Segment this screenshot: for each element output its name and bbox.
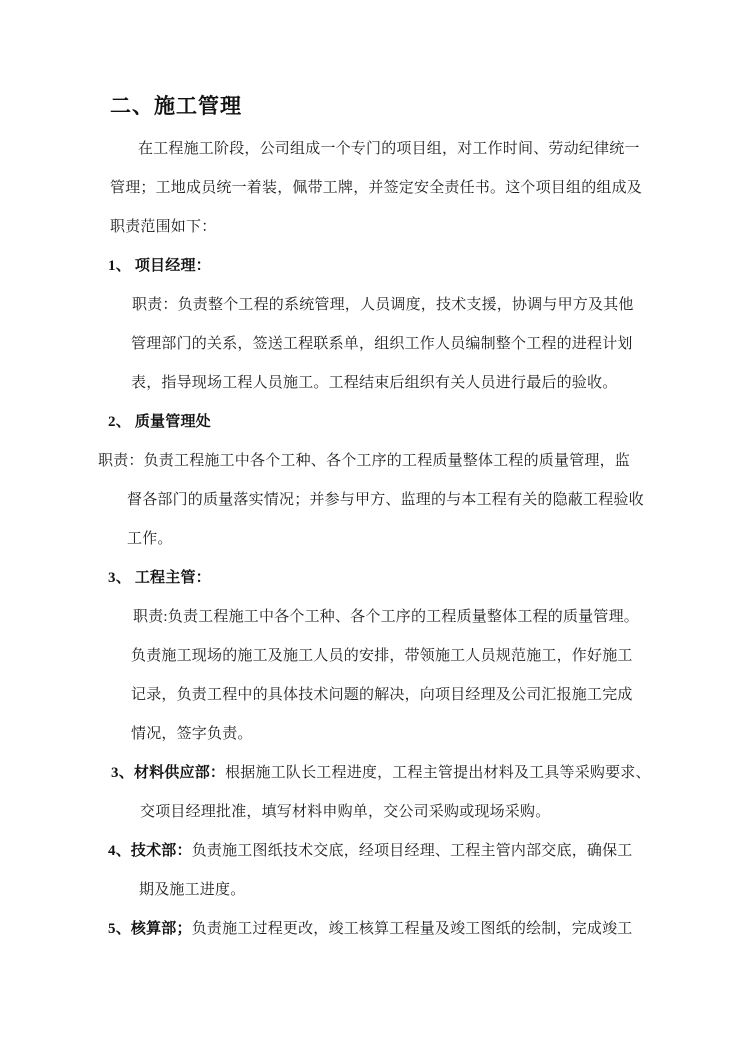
document-page: 二、施工管理 在工程施工阶段，公司组成一个专门的项目组，对工作时间、劳动纪律统一…: [0, 0, 744, 1052]
item-1-project-manager-line: 管理部门的关系，签送工程联系单，组织工作人员编制整个工程的进程计划: [0, 325, 744, 364]
text-segment: 期及施工进度。: [139, 882, 245, 898]
item-3-engineering-supervisor-line: 职责:负责工程施工中各个工种、各个工序的工程质量整体工程的质量管理。: [0, 598, 744, 637]
text-segment: 负责施工图纸技术交底，经项目经理、工程主管内部交底，确保工: [192, 843, 633, 859]
text-lines: 在工程施工阶段，公司组成一个专门的项目组，对工作时间、劳动纪律统一管理；工地成员…: [0, 130, 744, 949]
item-3-engineering-supervisor-line: 负责施工现场的施工及施工人员的安排，带领施工人员规范施工，作好施工: [0, 637, 744, 676]
item-2-quality-management-line: 职责：负责工程施工中各个工种、各个工序的工程质量整体工程的质量管理，监: [0, 442, 744, 481]
text-segment: 3、 工程主管：: [108, 570, 211, 586]
item-1-project-manager-line: 1、 项目经理：: [0, 247, 744, 286]
text-segment: 5、核算部；: [108, 921, 192, 937]
text-segment: 情况，签字负责。: [131, 726, 253, 742]
text-segment: 1、 项目经理：: [108, 258, 211, 274]
text-segment: 表，指导现场工程人员施工。工程结束后组织有关人员进行最后的验收。: [131, 375, 617, 391]
text-segment: 交项目经理批准，填写材料申购单，交公司采购或现场采购。: [140, 804, 550, 820]
text-segment: 工作。: [127, 531, 173, 547]
item-3-engineering-supervisor-line: 情况，签字负责。: [0, 715, 744, 754]
text-segment: 管理；工地成员统一着装，佩带工牌，并签定安全责任书。这个项目组的组成及: [110, 180, 642, 196]
item-3-engineering-supervisor-line: 记录，负责工程中的具体技术问题的解决，向项目经理及公司汇报施工完成: [0, 676, 744, 715]
text-segment: 督各部门的质量落实情况；并参与甲方、监理的与本工程有关的隐蔽工程验收: [127, 492, 644, 508]
item-5-accounting-dept-line: 5、核算部；负责施工过程更改，竣工核算工程量及竣工图纸的绘制，完成竣工: [0, 910, 744, 949]
text-segment: 职责范围如下：: [110, 219, 216, 235]
item-3-material-supply-line: 交项目经理批准，填写材料申购单，交公司采购或现场采购。: [0, 793, 744, 832]
intro-paragraph-line: 管理；工地成员统一着装，佩带工牌，并签定安全责任书。这个项目组的组成及: [0, 169, 744, 208]
item-3-engineering-supervisor-line: 3、 工程主管：: [0, 559, 744, 598]
section-heading: 二、施工管理: [110, 90, 242, 120]
text-segment: 2、 质量管理处: [108, 414, 211, 430]
item-2-quality-management-line: 2、 质量管理处: [0, 403, 744, 442]
intro-paragraph-line: 在工程施工阶段，公司组成一个专门的项目组，对工作时间、劳动纪律统一: [0, 130, 744, 169]
item-1-project-manager-line: 表，指导现场工程人员施工。工程结束后组织有关人员进行最后的验收。: [0, 364, 744, 403]
text-segment: 根据施工队长工程进度，工程主管提出材料及工具等采购要求、: [225, 765, 651, 781]
text-segment: 管理部门的关系，签送工程联系单，组织工作人员编制整个工程的进程计划: [131, 336, 633, 352]
item-3-material-supply-line: 3、材料供应部：根据施工队长工程进度，工程主管提出材料及工具等采购要求、: [0, 754, 744, 793]
text-segment: 记录，负责工程中的具体技术问题的解决，向项目经理及公司汇报施工完成: [131, 687, 633, 703]
item-4-technical-dept-line: 4、技术部：负责施工图纸技术交底，经项目经理、工程主管内部交底，确保工: [0, 832, 744, 871]
text-segment: 3、材料供应部：: [111, 765, 225, 781]
text-segment: 4、技术部：: [108, 843, 192, 859]
item-2-quality-management-line: 工作。: [0, 520, 744, 559]
text-segment: 负责施工现场的施工及施工人员的安排，带领施工人员规范施工，作好施工: [131, 648, 633, 664]
text-segment: 职责：负责整个工程的系统管理，人员调度，技术支援，协调与甲方及其他: [132, 297, 634, 313]
item-4-technical-dept-line: 期及施工进度。: [0, 871, 744, 910]
text-segment: 在工程施工阶段，公司组成一个专门的项目组，对工作时间、劳动纪律统一: [138, 141, 640, 157]
text-segment: 职责:负责工程施工中各个工种、各个工序的工程质量整体工程的质量管理。: [133, 609, 639, 625]
item-2-quality-management-line: 督各部门的质量落实情况；并参与甲方、监理的与本工程有关的隐蔽工程验收: [0, 481, 744, 520]
item-1-project-manager-line: 职责：负责整个工程的系统管理，人员调度，技术支援，协调与甲方及其他: [0, 286, 744, 325]
text-segment: 职责：负责工程施工中各个工种、各个工序的工程质量整体工程的质量管理，监: [98, 453, 630, 469]
intro-paragraph-line: 职责范围如下：: [0, 208, 744, 247]
text-segment: 负责施工过程更改，竣工核算工程量及竣工图纸的绘制，完成竣工: [192, 921, 633, 937]
